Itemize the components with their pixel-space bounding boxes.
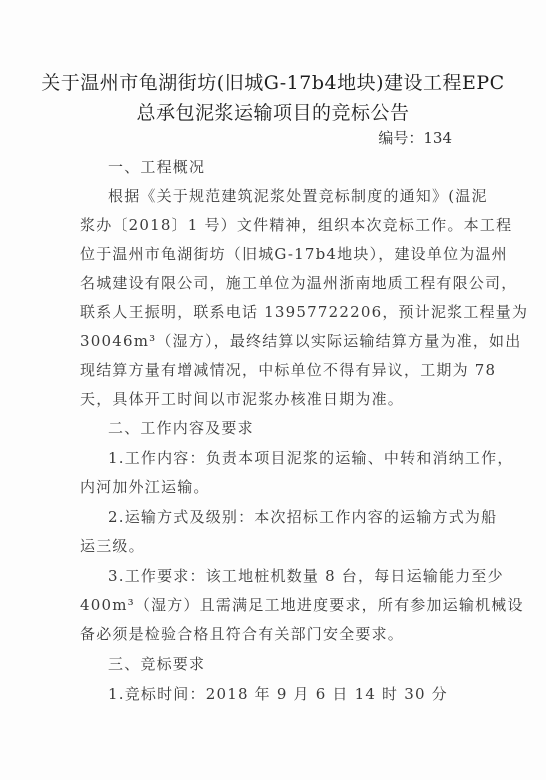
document-title-line-1: 关于温州市龟湖街坊(旧城G-17b4地块)建设工程EPC bbox=[0, 68, 546, 95]
paragraph-line: 1.竞标时间：2018 年 9 月 6 日 14 时 30 分 bbox=[108, 684, 498, 704]
paragraph-line: 3.工作要求：该工地桩机数量 8 台，每日运输能力至少 bbox=[108, 566, 498, 586]
document-title-line-2: 总承包泥浆运输项目的竞标公告 bbox=[0, 98, 546, 125]
paragraph-line: 根据《关于规范建筑泥浆处置竞标制度的通知》(温泥 bbox=[108, 186, 470, 206]
section-heading-bid-requirements: 三、竞标要求 bbox=[108, 654, 498, 674]
paragraph-line: 1.工作内容：负责本项目泥浆的运输、中转和消纳工作， bbox=[108, 448, 498, 468]
paragraph-line: 联系人王振明，联系电话 13957722206，预计泥浆工程量为 bbox=[80, 302, 470, 322]
document-page: 关于温州市龟湖街坊(旧城G-17b4地块)建设工程EPC 总承包泥浆运输项目的竞… bbox=[0, 0, 546, 780]
paragraph-line: 浆办〔2018〕1 号）文件精神，组织本次竞标工作。本工程 bbox=[80, 215, 470, 235]
paragraph-line: 现结算方量有增减情况，中标单位不得有异议，工期为 78 bbox=[80, 360, 470, 380]
section-heading-work-content: 二、工作内容及要求 bbox=[108, 418, 498, 438]
paragraph-line: 内河加外江运输。 bbox=[80, 477, 470, 497]
paragraph-line: 30046m³（湿方），最终结算以实际运输结算方量为准，如出 bbox=[80, 331, 470, 351]
paragraph-line: 2.运输方式及级别：本次招标工作内容的运输方式为船 bbox=[108, 507, 498, 527]
paragraph-line: 备必须是检验合格且符合有关部门安全要求。 bbox=[80, 624, 470, 644]
section-heading-overview: 一、工程概况 bbox=[108, 157, 498, 177]
paragraph-line: 位于温州市龟湖街坊（旧城G-17b4地块），建设单位为温州 bbox=[80, 244, 470, 264]
document-number: 编号：134 bbox=[378, 127, 452, 148]
paragraph-line: 运三级。 bbox=[80, 536, 470, 556]
paragraph-line: 名城建设有限公司，施工单位为温州浙南地质工程有限公司， bbox=[80, 273, 470, 293]
paragraph-line: 400m³（湿方）且需满足工地进度要求，所有参加运输机械设 bbox=[80, 595, 470, 615]
paragraph-line: 天，具体开工时间以市泥浆办核准日期为准。 bbox=[80, 389, 470, 409]
